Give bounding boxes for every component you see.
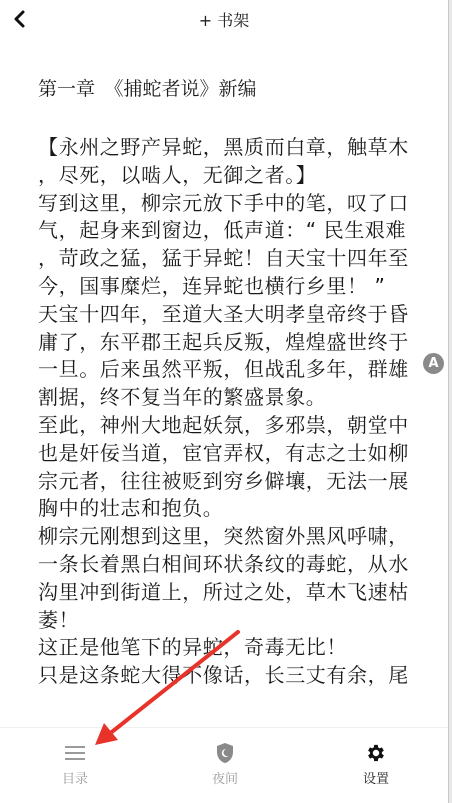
chapter-title: 第一章 《捕蛇者说》新编 <box>38 72 418 106</box>
night-mode-shield-icon <box>216 742 234 764</box>
text-line: 柳宗元刚想到这里，突然窗外黑风呼啸， <box>38 523 418 551</box>
reader-content: 第一章 《捕蛇者说》新编 【永州之野产异蛇，黑质而白章，触草木 ，尽死，以啮人，… <box>38 72 418 690</box>
nav-item-catalog[interactable]: 目录 <box>35 742 115 787</box>
text-line: 只是这条蛇大得不像话，长三丈有余，尾 <box>38 662 418 690</box>
nav-label: 目录 <box>35 768 115 787</box>
nav-item-settings[interactable]: 设置 <box>336 742 416 787</box>
top-bar: + 书架 <box>0 0 448 40</box>
text-line: 割据，终不复当年的繁盛景象。 <box>38 384 418 412</box>
text-line: 胸中的壮志和抱负。 <box>38 495 418 523</box>
window-edge <box>448 0 452 803</box>
text-line: ，尽死，以啮人，无御之者。】 <box>38 162 418 190</box>
bottom-nav: 目录 夜间 设置 <box>0 728 448 803</box>
nav-label: 夜间 <box>185 768 265 787</box>
text-line: 天宝十四年，至道大圣大明孝皇帝终于昏 <box>38 301 418 329</box>
menu-list-icon <box>64 745 86 761</box>
font-size-button[interactable]: A <box>423 353 444 374</box>
text-line: 沟里冲到街道上，所过之处，草木飞速枯 <box>38 579 418 607</box>
text-line: 【永州之野产异蛇，黑质而白章，触草木 <box>38 134 418 162</box>
nav-item-night-mode[interactable]: 夜间 <box>185 742 265 787</box>
text-line: 气，起身来到窗边，低声道：“ 民生艰难 <box>38 217 418 245</box>
text-line: 宗元者，往往被贬到穷乡僻壤，无法一展 <box>38 468 418 496</box>
text-line: 写到这里，柳宗元放下手中的笔，叹了口 <box>38 190 418 218</box>
text-line: 一旦。后来虽然平叛，但战乱多年，群雄 <box>38 356 418 384</box>
gear-icon <box>365 742 387 764</box>
text-line: 今，国事糜烂，连异蛇也横行乡里！ ” <box>38 273 418 301</box>
text-line: 萎！ <box>38 607 418 635</box>
add-to-shelf-button[interactable]: + 书架 <box>0 8 448 31</box>
nav-label: 设置 <box>336 768 416 787</box>
text-line: 一条长着黑白相间环状条纹的毒蛇，从水 <box>38 551 418 579</box>
text-line: 庸了，东平郡王起兵反叛，煌煌盛世终于 <box>38 329 418 357</box>
text-line: 这正是他笔下的异蛇，奇毒无比！ <box>38 634 418 662</box>
text-line: 也是奸佞当道，宦官弄权，有志之士如柳 <box>38 440 418 468</box>
text-line: 至此，神州大地起妖氛，多邪祟，朝堂中 <box>38 412 418 440</box>
text-line: ，苛政之猛，猛于异蛇！自天宝十四年至 <box>38 245 418 273</box>
